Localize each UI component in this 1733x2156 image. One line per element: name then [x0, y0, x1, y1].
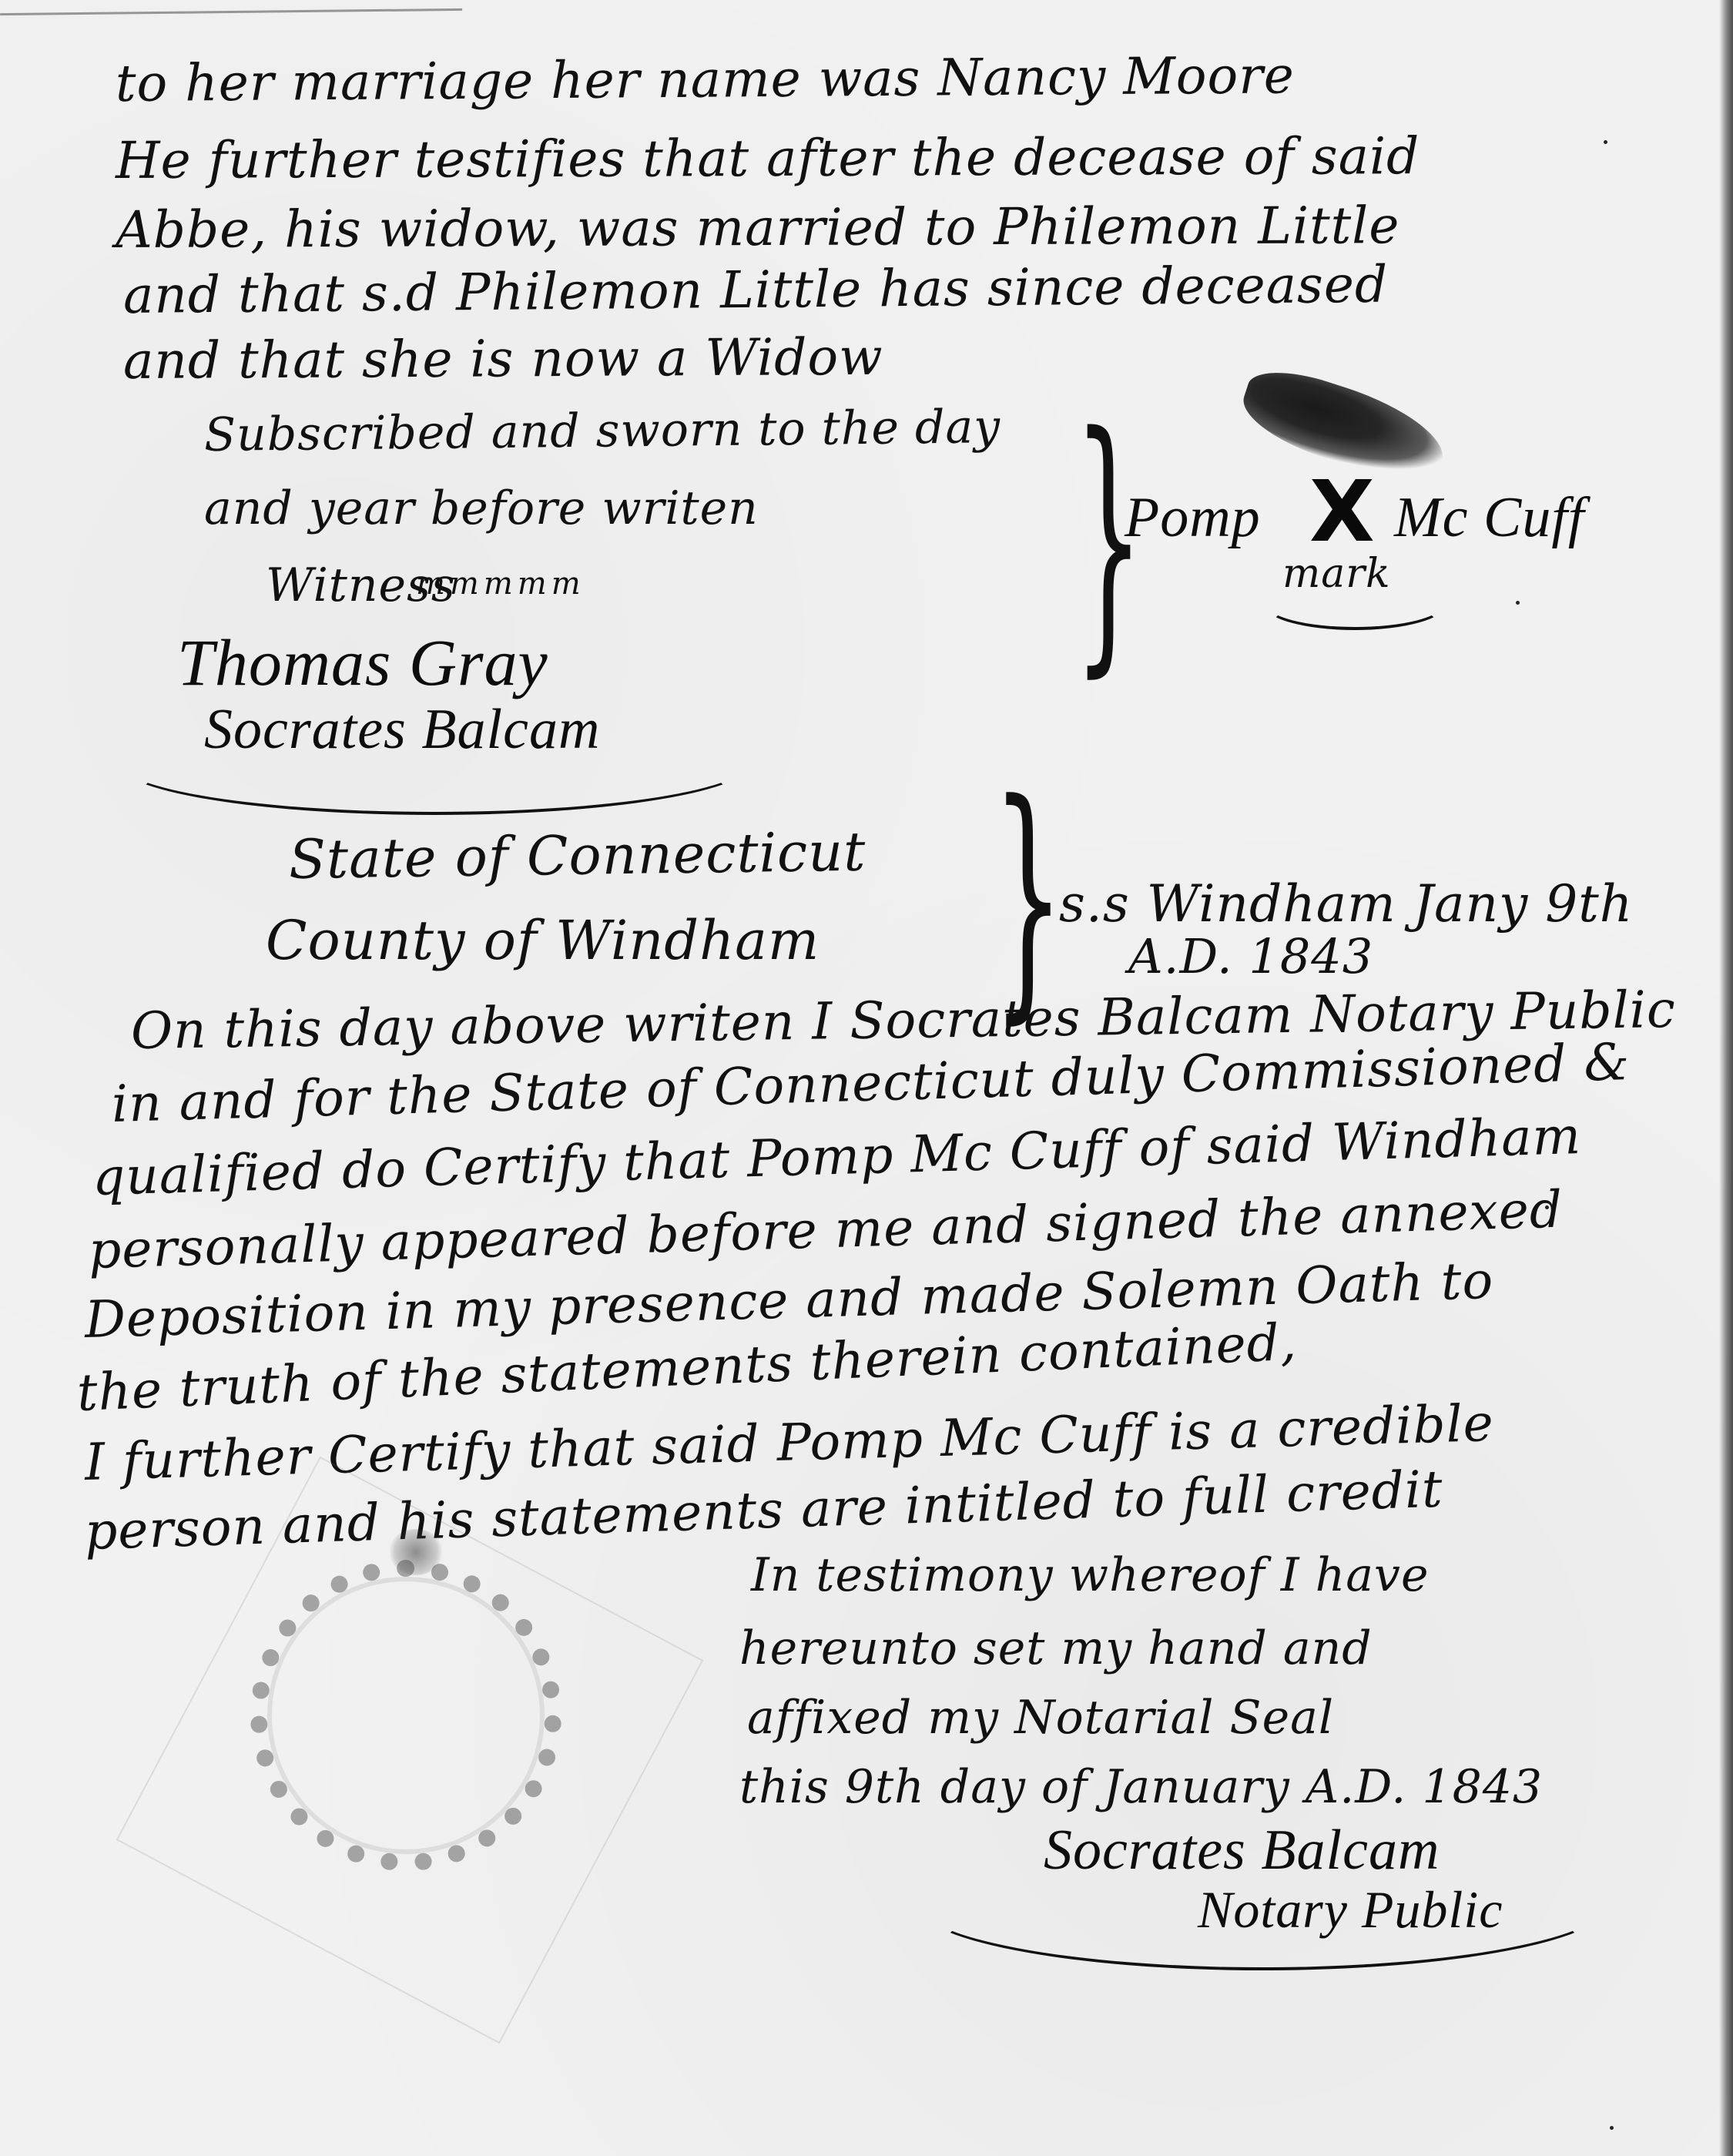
deponent-first-name: Pomp [1125, 485, 1261, 551]
stray-mark [1610, 2126, 1614, 2130]
venue-state: State of Connecticut [288, 820, 866, 891]
deponent-x-mark: X [1309, 462, 1375, 561]
stray-mark [1604, 140, 1607, 144]
mark-flourish [1263, 578, 1446, 630]
venue-county: County of Windham [266, 909, 820, 972]
body-line-1: to her marriage her name was Nancy Moore [116, 45, 1295, 113]
notarial-seal [250, 1560, 561, 1871]
jurat-line-1: Subscribed and sworn to the day [204, 400, 1001, 462]
venue-brace: } [992, 770, 1064, 1024]
testimonium-line-2: hereunto set my hand and [739, 1621, 1373, 1675]
notary-flourish [913, 1833, 1612, 1970]
body-line-3: Abbe, his widow, was married to Philemon… [116, 196, 1400, 260]
witness-name-1: Thomas Gray [177, 624, 548, 701]
testimonium-line-4: this 9th day of January A.D. 1843 [739, 1760, 1543, 1814]
document-page: to her marriage her name was Nancy Moore… [0, 0, 1733, 2156]
stray-mark [1545, 1205, 1549, 1209]
testimonium-line-3: affixed my Notarial Seal [747, 1691, 1334, 1745]
venue-place-date-1: s.s Windham Jany 9th [1059, 874, 1633, 934]
seal-tab [389, 1529, 443, 1575]
page-top-edge [0, 0, 462, 15]
jurat-line-2: and year before writen [204, 481, 759, 535]
stray-mark [1516, 601, 1520, 605]
witness-label-tail: mmmmm [416, 566, 585, 602]
body-line-2: He further testifies that after the dece… [116, 126, 1420, 190]
deponent-last-name: Mc Cuff [1394, 485, 1584, 551]
body-line-4: and that s.d Philemon Little has since d… [123, 255, 1389, 325]
body-line-5: and that she is now a Widow [123, 327, 883, 391]
page-right-edge [1719, 0, 1733, 2156]
venue-place-date-2: A.D. 1843 [1128, 928, 1373, 984]
testimonium-line-1: In testimony whereof I have [751, 1548, 1429, 1602]
witness-flourish [116, 709, 753, 815]
